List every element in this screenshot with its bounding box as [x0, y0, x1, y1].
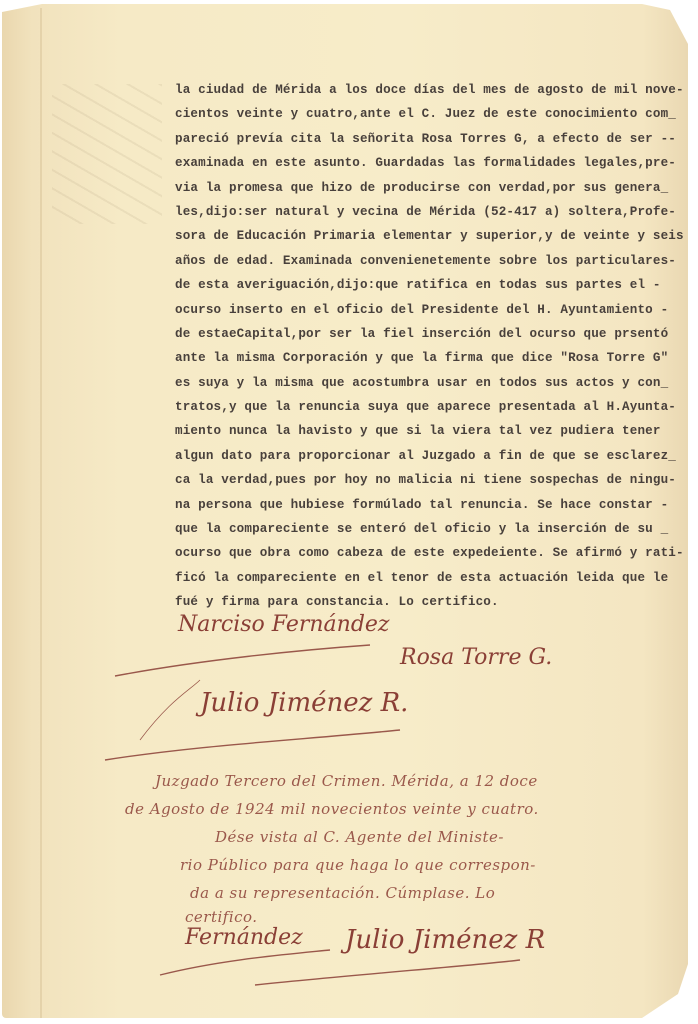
handwritten-note-line: Juzgado Tercero del Crimen. Mérida, a 12… — [155, 772, 538, 790]
signature-narciso-fernandez: Narciso Fernández — [178, 612, 390, 637]
handwritten-note-line: rio Público para que haga lo que corresp… — [180, 856, 536, 874]
signature-rosa-torre: Rosa Torre G. — [400, 645, 552, 670]
signature-julio-jimenez: Julio Jiménez R. — [200, 688, 408, 718]
handwritten-note-line: da a su representación. Cúmplase. Lo — [190, 884, 495, 902]
handwritten-note-line: certifico. — [185, 908, 258, 926]
handwritten-note-line: de Agosto de 1924 mil novecientos veinte… — [125, 800, 539, 818]
signature-julio-jimenez-closing: Julio Jiménez R — [345, 925, 545, 955]
signature-fernandez: Fernández — [185, 925, 303, 950]
handwritten-note-line: Dése vista al C. Agente del Ministe- — [215, 828, 504, 846]
